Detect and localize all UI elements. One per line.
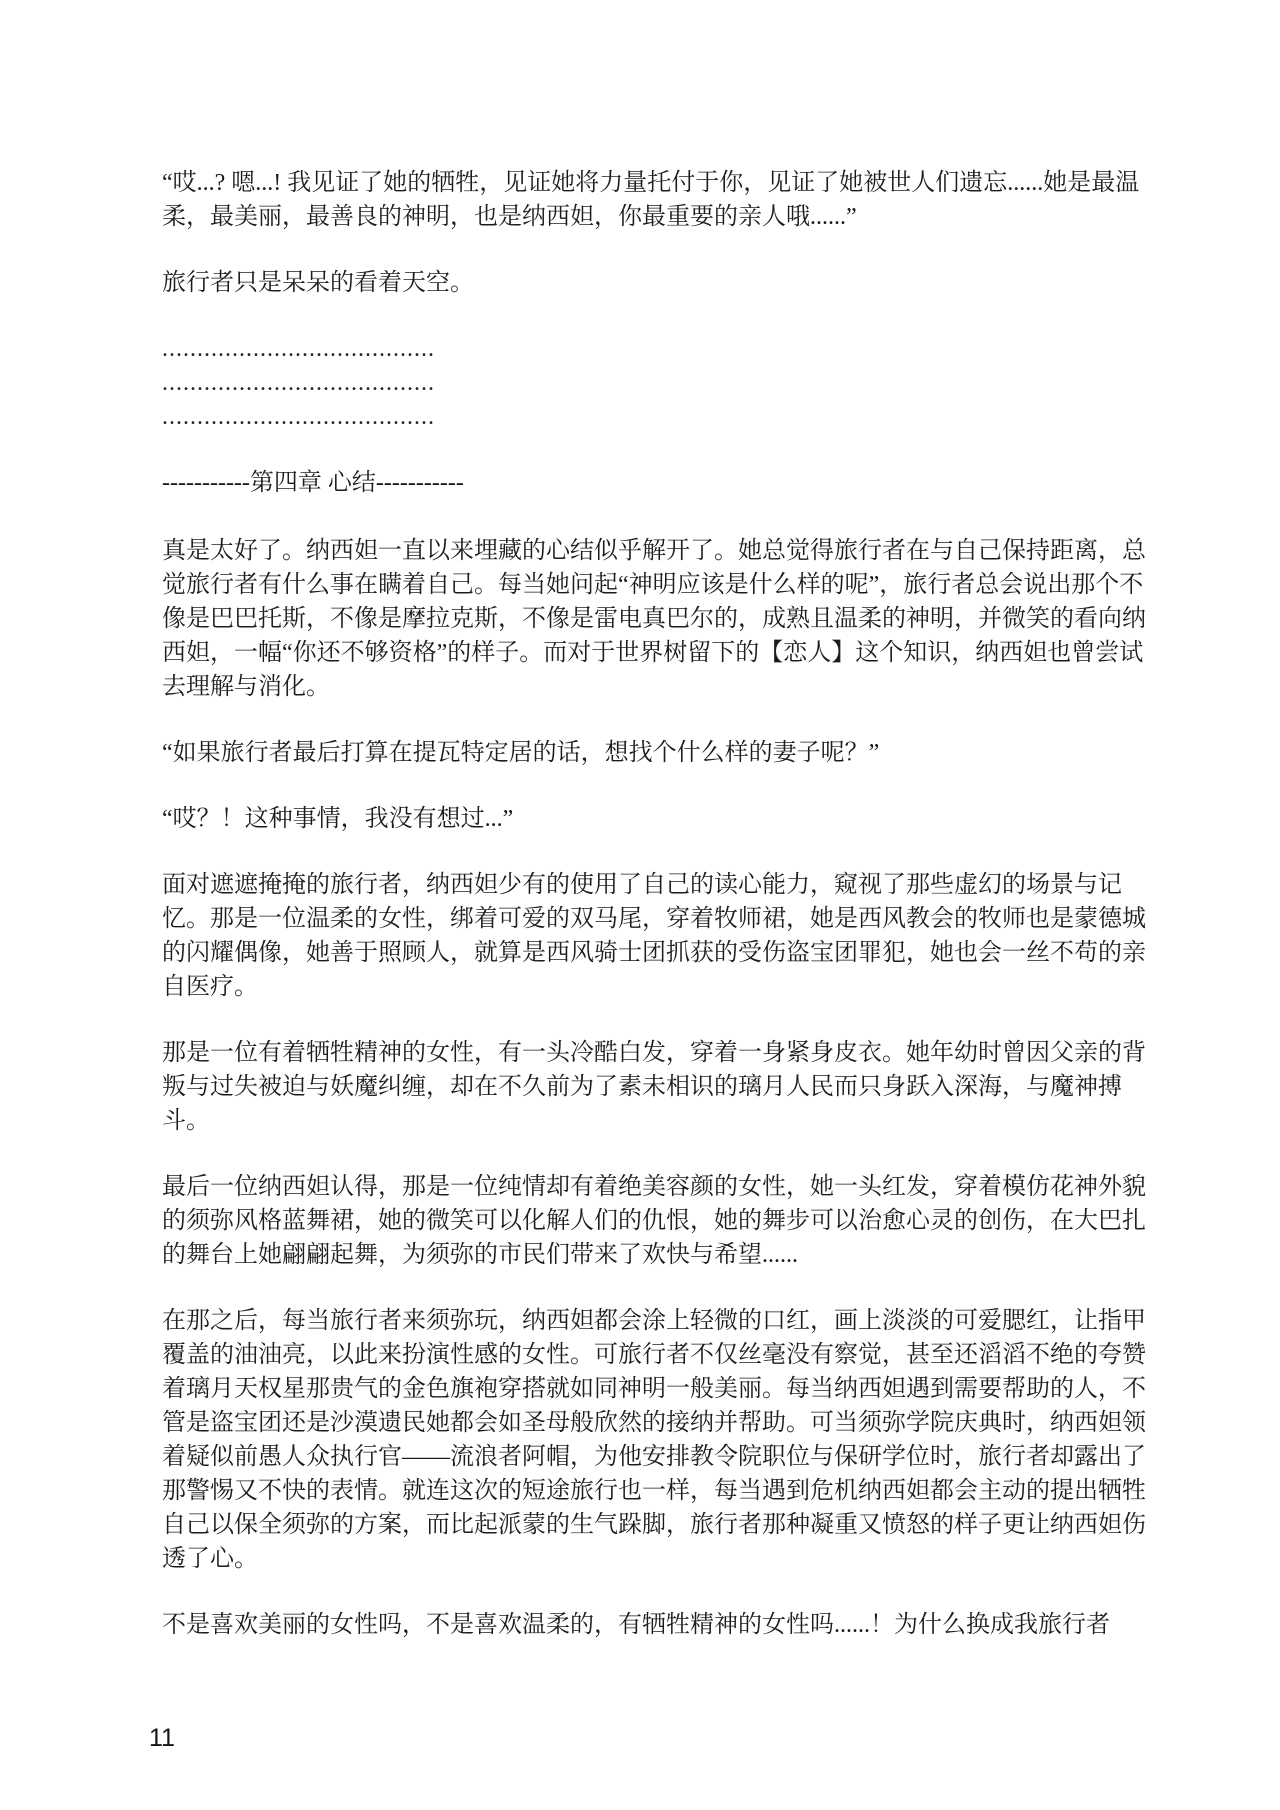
paragraph-narration: 在那之后，每当旅行者来须弥玩，纳西妲都会涂上轻微的口红，画上淡淡的可爱腮红，让指… [162,1304,1162,1576]
paragraph-narration: 真是太好了。纳西妲一直以来埋藏的心结似乎解开了。她总觉得旅行者在与自己保持距离，… [162,534,1162,704]
ellipsis-line: ....................................... [162,332,1162,366]
paragraph-narration: 面对遮遮掩掩的旅行者，纳西妲少有的使用了自己的读心能力，窥视了那些虚幻的场景与记… [162,868,1162,1004]
document-page: “哎...? 嗯...! 我见证了她的牺牲，见证她将力量托付于你，见证了她被世人… [0,0,1280,1810]
paragraph-dialogue: “哎...? 嗯...! 我见证了她的牺牲，见证她将力量托付于你，见证了她被世人… [162,166,1162,234]
paragraph-narration: 旅行者只是呆呆的看着天空。 [162,266,1162,300]
paragraph-narration: 最后一位纳西妲认得，那是一位纯情却有着绝美容颜的女性，她一头红发，穿着模仿花神外… [162,1170,1162,1272]
paragraph-narration: 那是一位有着牺牲精神的女性，有一头冷酷白发，穿着一身紧身皮衣。她年幼时曾因父亲的… [162,1036,1162,1138]
paragraph-dialogue: “如果旅行者最后打算在提瓦特定居的话，想找个什么样的妻子呢？” [162,736,1162,770]
paragraph-narration: 不是喜欢美丽的女性吗，不是喜欢温柔的，有牺牲精神的女性吗......！为什么换成… [162,1608,1162,1642]
chapter-heading: -----------第四章 心结----------- [162,466,1162,500]
page-number: 11 [149,1724,175,1753]
ellipsis-line: ....................................... [162,366,1162,400]
ellipsis-line: ....................................... [162,400,1162,434]
paragraph-dialogue: “哎？！这种事情，我没有想过...” [162,802,1162,836]
page-content: “哎...? 嗯...! 我见证了她的牺牲，见证她将力量托付于你，见证了她被世人… [162,166,1162,1674]
ellipsis-block: ....................................... … [162,332,1162,434]
